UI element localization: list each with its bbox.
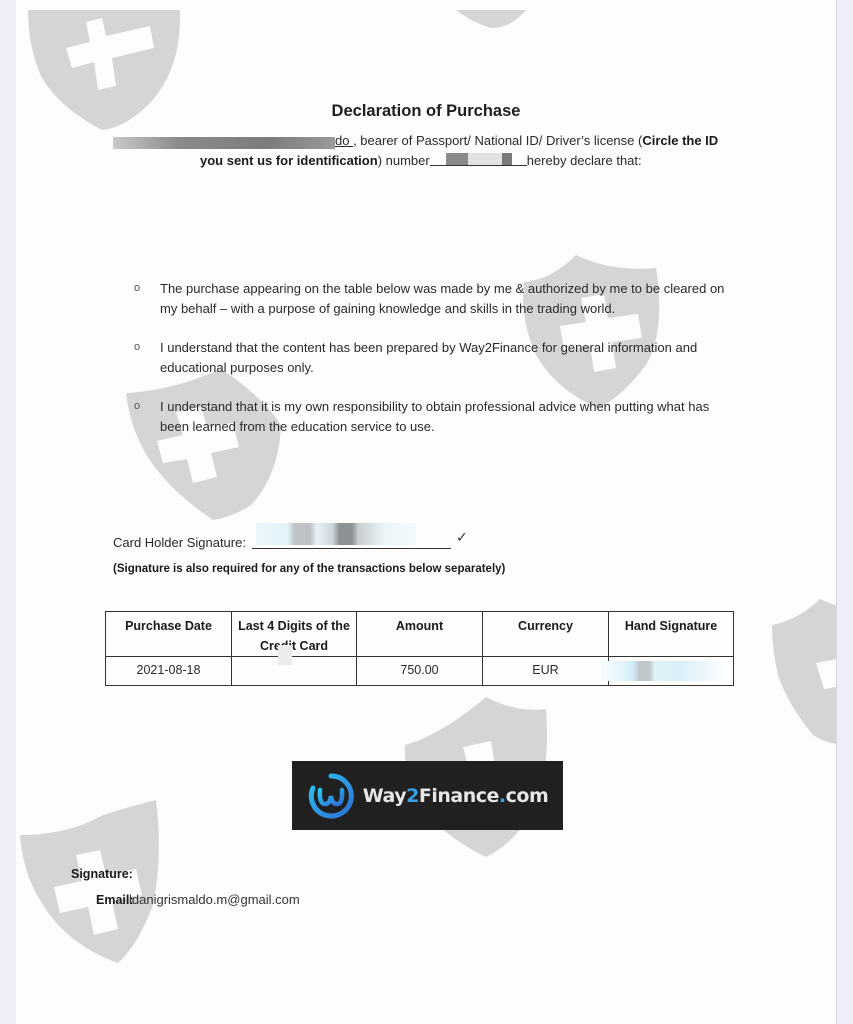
way2finance-wordmark: Way2Finance.com — [363, 785, 549, 807]
checkmark-icon: ✓ — [456, 529, 468, 546]
signature-label: Signature: — [71, 867, 133, 881]
cell-amount: 750.00 — [357, 657, 483, 686]
header-amount: Amount — [357, 612, 483, 657]
bullet-icon: o — [134, 338, 140, 358]
table-header-row: Purchase Date Last 4 Digits of the Credi… — [106, 612, 734, 657]
intro-line-1: do , bearer of Passport/ National ID/ Dr… — [335, 133, 718, 148]
id-instruction: you sent us for identification — [200, 153, 378, 168]
intro-text: bearer of Passport/ National ID/ Driver’… — [357, 133, 643, 148]
id-number-blank — [430, 153, 527, 166]
cell-hand-signature — [609, 657, 734, 686]
email-label: Email: — [96, 893, 134, 907]
redacted-name — [113, 137, 335, 149]
declaration-text: The purchase appearing on the table belo… — [160, 279, 740, 318]
circle-id-instruction: Circle the ID — [642, 133, 718, 148]
cell-currency: EUR — [483, 657, 609, 686]
cell-purchase-date: 2021-08-18 — [106, 657, 232, 686]
table-row: 2021-08-18 750.00 EUR — [106, 657, 734, 686]
header-hand-signature: Hand Signature — [609, 612, 734, 657]
card-holder-signature-label: Card Holder Signature: — [113, 535, 246, 550]
header-currency: Currency — [483, 612, 609, 657]
way2finance-logo: Way2Finance.com — [292, 761, 563, 830]
declaration-text: I understand that the content has been p… — [160, 338, 740, 377]
signature-note: (Signature is also required for any of t… — [113, 563, 505, 575]
way2finance-w-icon — [307, 772, 355, 820]
page-gutter-right — [837, 0, 853, 1024]
card-holder-signature-line[interactable] — [252, 548, 451, 549]
bullet-icon: o — [134, 279, 140, 299]
header-card-digits: Last 4 Digits of the Credit Card — [232, 612, 357, 657]
redacted-signature — [256, 523, 416, 545]
bullet-icon: o — [134, 397, 140, 417]
number-label: ) number — [378, 153, 430, 168]
document-title: Declaration of Purchase — [16, 102, 836, 121]
email-value[interactable]: ldanigrismaldo.m@gmail.com — [129, 892, 300, 907]
name-suffix: do , — [335, 133, 357, 148]
header-purchase-date: Purchase Date — [106, 612, 232, 657]
cell-card-digits — [232, 657, 357, 686]
declare-text: hereby declare that: — [527, 153, 642, 168]
document-content: Declaration of Purchase do , bearer of P… — [16, 0, 836, 1024]
intro-line-2: you sent us for identification) number h… — [200, 153, 642, 168]
redacted-card-digits — [278, 645, 292, 665]
redacted-hand-signature — [601, 661, 729, 681]
purchase-table: Purchase Date Last 4 Digits of the Credi… — [105, 611, 734, 686]
declaration-text: I understand that it is my own responsib… — [160, 397, 740, 436]
document-page: Declaration of Purchase do , bearer of P… — [16, 0, 837, 1024]
